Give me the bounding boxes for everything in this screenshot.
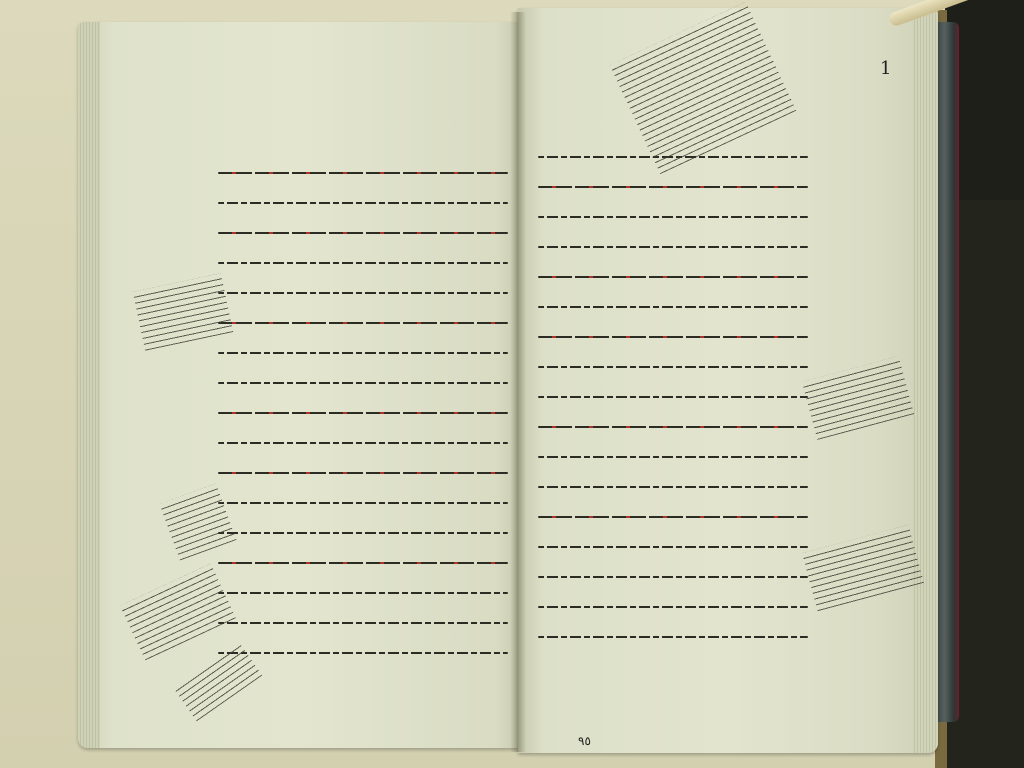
right-main-text [538, 156, 808, 666]
book-cover-edge [935, 22, 959, 722]
margin-annotation [802, 356, 914, 440]
folio-number-top: 1 [880, 58, 891, 79]
margin-annotation [802, 525, 924, 611]
left-page-edges [78, 22, 100, 748]
left-page [78, 22, 518, 748]
right-page-edges [912, 8, 938, 753]
margin-annotation [610, 2, 797, 174]
book-gutter [510, 12, 526, 752]
right-page: 1 ٩٥ [518, 8, 938, 753]
folio-number-bottom: ٩٥ [578, 734, 591, 748]
left-main-text [218, 172, 508, 682]
